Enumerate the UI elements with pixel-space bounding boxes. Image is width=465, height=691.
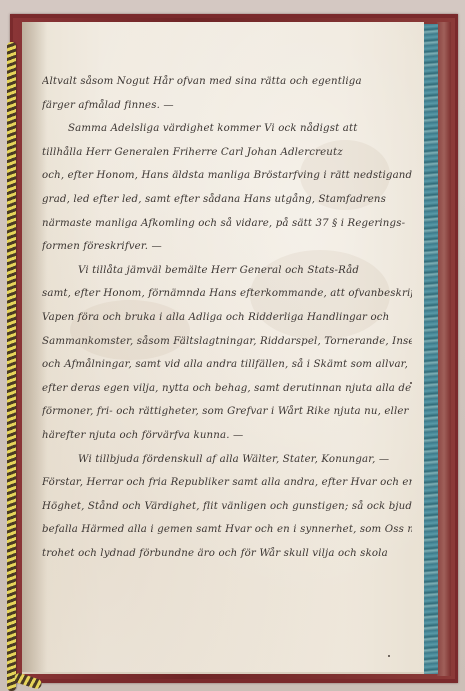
binding-cord (7, 42, 16, 691)
text-line: Höghet, Stånd och Värdighet, flit vänlig… (42, 495, 412, 519)
text-line: Sammankomster, såsom Fältslagtningar, Ri… (42, 330, 412, 354)
text-line: förmoner, fri- och rättigheter, som Gref… (42, 400, 412, 424)
text-line: tillhålla Herr Generalen Friherre Carl J… (42, 141, 412, 165)
text-line: formen föreskrifver. — (42, 235, 412, 259)
paragraph-start: Vi tillåta jämväl bemälte Herr General o… (42, 259, 412, 283)
cover-edge (437, 22, 451, 676)
text-line: samt, efter Honom, förnämnda Hans efterk… (42, 282, 412, 306)
paragraph-start: Samma Adelsliga värdighet kommer Vi ock … (42, 117, 412, 141)
handwritten-text: Altvalt såsom Nogut Hår ofvan med sina r… (42, 70, 412, 565)
text-line: Vapen föra och bruka i alla Adliga och R… (42, 306, 412, 330)
text-line: efter deras egen vilja, nytta och behag,… (42, 377, 412, 401)
text-line: Altvalt såsom Nogut Hår ofvan med sina r… (42, 70, 412, 94)
ink-speck (388, 655, 390, 657)
text-line: och Afmålningar, samt vid alla andra til… (42, 353, 412, 377)
text-line: trohet och lydnad förbundne äro och för … (42, 542, 412, 566)
text-line: grad, led efter led, samt efter sådana H… (42, 188, 412, 212)
text-line-content: tillhålla Herr Generalen Friherre Carl J… (42, 147, 343, 158)
text-line: och, efter Honom, Hans äldsta manliga Br… (42, 164, 412, 188)
text-line: närmaste manliga Afkomling och så vidare… (42, 212, 412, 236)
marbled-fore-edge (423, 24, 438, 674)
text-line: Förstar, Herrar och fria Republiker samt… (42, 471, 412, 495)
text-line: härefter njuta och förvärfva kunna. — (42, 424, 412, 448)
paragraph-start: Wi tillbjuda fördenskull af alla Wälter,… (42, 448, 412, 472)
text-line: färger afmålad finnes. — (42, 94, 412, 118)
text-line: befalla Härmed alla i gemen samt Hvar oc… (42, 518, 412, 542)
